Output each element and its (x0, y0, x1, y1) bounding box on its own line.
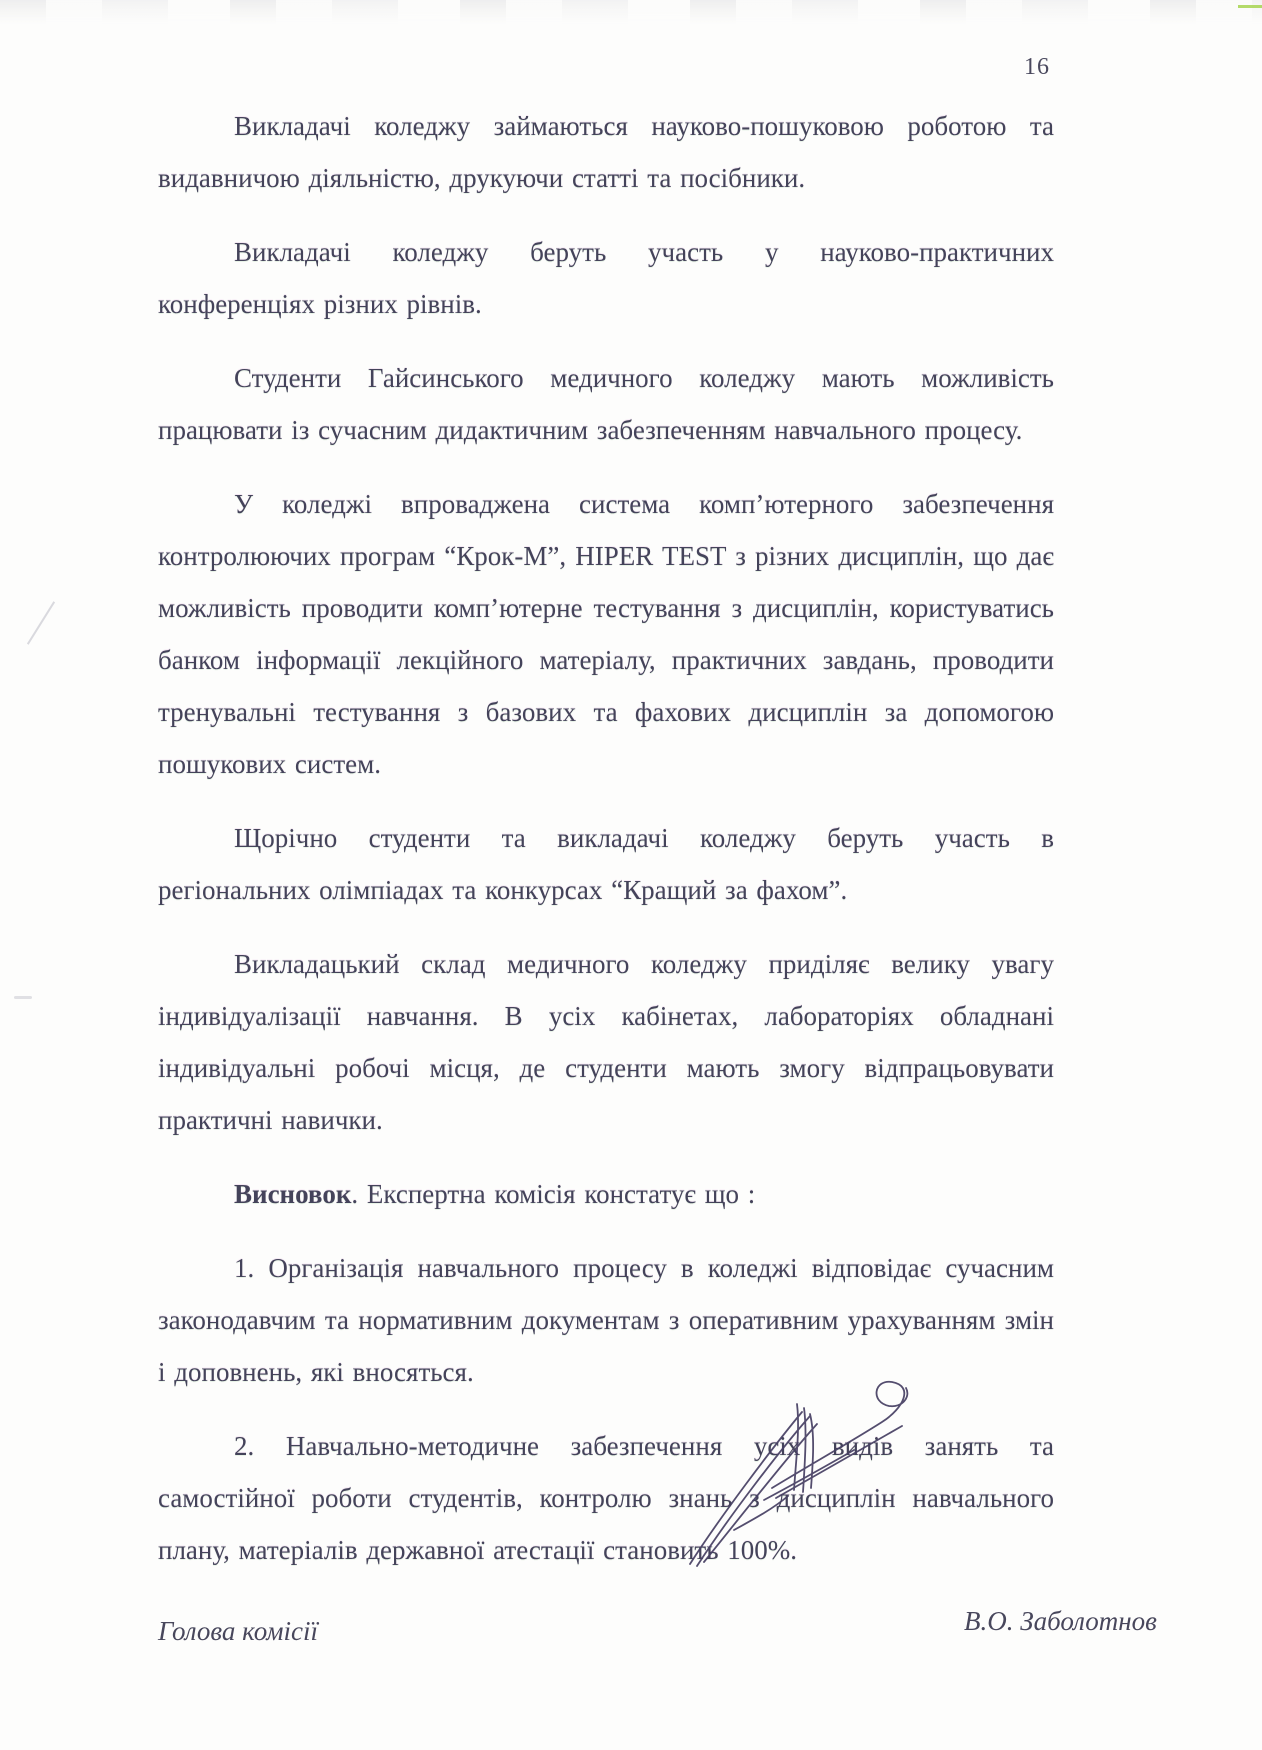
signatory-name: В.О. Заболотнов (964, 1606, 1157, 1637)
paragraph-individual-workplaces: Викладацький склад медичного коледжу при… (158, 938, 1054, 1146)
paragraph-conferences: Викладачі коледжу беруть участь у науков… (158, 226, 1054, 330)
paragraph-research-work: Викладачі коледжу займаються науково-пош… (158, 100, 1054, 204)
document-page: 16 Викладачі коледжу займаються науково-… (0, 0, 1262, 1750)
scan-left-diagonal-mark (27, 601, 55, 644)
conclusion-item-2: 2. Навчально-методичне забезпечення усіх… (158, 1420, 1054, 1576)
scan-green-mark (1238, 5, 1262, 8)
paragraph-olympiads: Щорічно студенти та викладачі коледжу бе… (158, 812, 1054, 916)
conclusion-text: . Експертна комісія констатує що : (351, 1179, 755, 1209)
scan-left-dash-mark (14, 996, 32, 999)
conclusion-item-1: 1. Організація навчального процесу в кол… (158, 1242, 1054, 1398)
paragraph-didactic-support: Студенти Гайсинського медичного коледжу … (158, 352, 1054, 456)
scan-top-edge-artifact (0, 0, 1262, 24)
signature (676, 1368, 916, 1573)
conclusion-line: Висновок. Експертна комісія констатує що… (158, 1168, 1054, 1220)
paragraph-computer-testing: У коледжі впроваджена система комп’ютерн… (158, 478, 1054, 790)
document-body: Викладачі коледжу займаються науково-пош… (158, 100, 1054, 1598)
commission-head-label: Голова комісії (158, 1616, 318, 1647)
conclusion-label: Висновок (234, 1179, 351, 1209)
page-number: 16 (1024, 54, 1050, 81)
